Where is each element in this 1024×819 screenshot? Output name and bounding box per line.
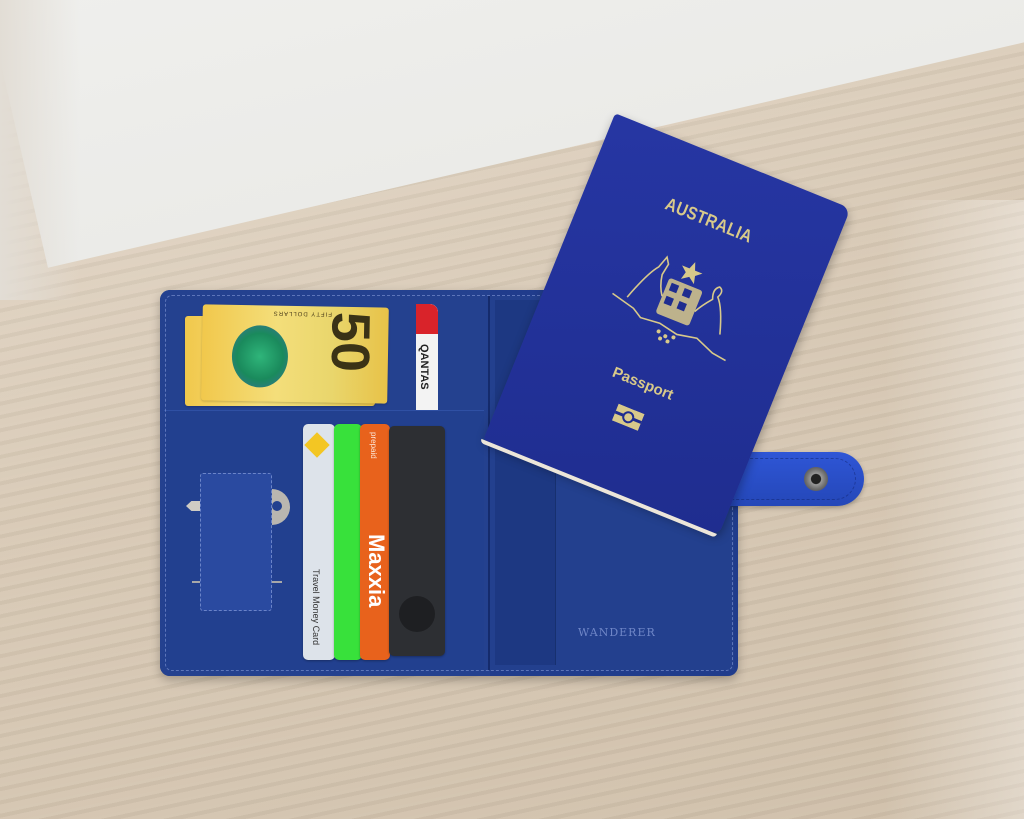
shadow: [0, 0, 80, 300]
coat-of-arms-icon: [597, 225, 764, 370]
epassport-chip-icon: [612, 404, 645, 431]
closure-strap: [730, 452, 864, 506]
snap-button-icon: [804, 467, 828, 491]
photo-scene: FIFTY DOLLARS 50 QANTAS Travel Money Car…: [0, 0, 1024, 819]
light-patch: [884, 200, 1024, 819]
